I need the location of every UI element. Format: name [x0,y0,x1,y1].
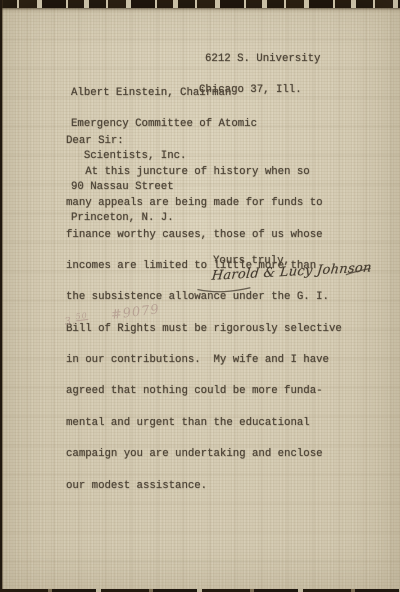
sender-address-line: 6212 S. University [199,54,320,64]
pencil-price-superscript: 50 [75,311,88,321]
recipient-line-name: Albert Einstein, Chairman [71,88,257,98]
body-line: finance worthy causes, those of us whose [66,230,342,240]
body-line: Bill of Rights must be rigorously select… [66,324,342,334]
scan-edge-top [0,0,400,8]
body-line: in our contributions. My wife and I have [66,355,342,365]
scanned-typewritten-letter: 6212 S. University Chicago 37, Ill. Albe… [0,0,400,592]
body-line: agreed that nothing could be more funda- [66,386,342,396]
body-line: campaign you are undertaking and enclose [66,449,342,459]
recipient-line-organization: Emergency Committee of Atomic [71,119,257,129]
scan-edge-left [0,0,3,592]
body-line: our modest assistance. [66,481,342,491]
body-line: many appeals are being made for funds to [66,198,342,208]
body-line: At this juncture of history when so [66,167,342,177]
letter-body: At this juncture of history when so many… [66,146,342,512]
salutation: Dear Sir: [66,136,124,146]
body-line: mental and urgent than the educational [66,418,342,428]
